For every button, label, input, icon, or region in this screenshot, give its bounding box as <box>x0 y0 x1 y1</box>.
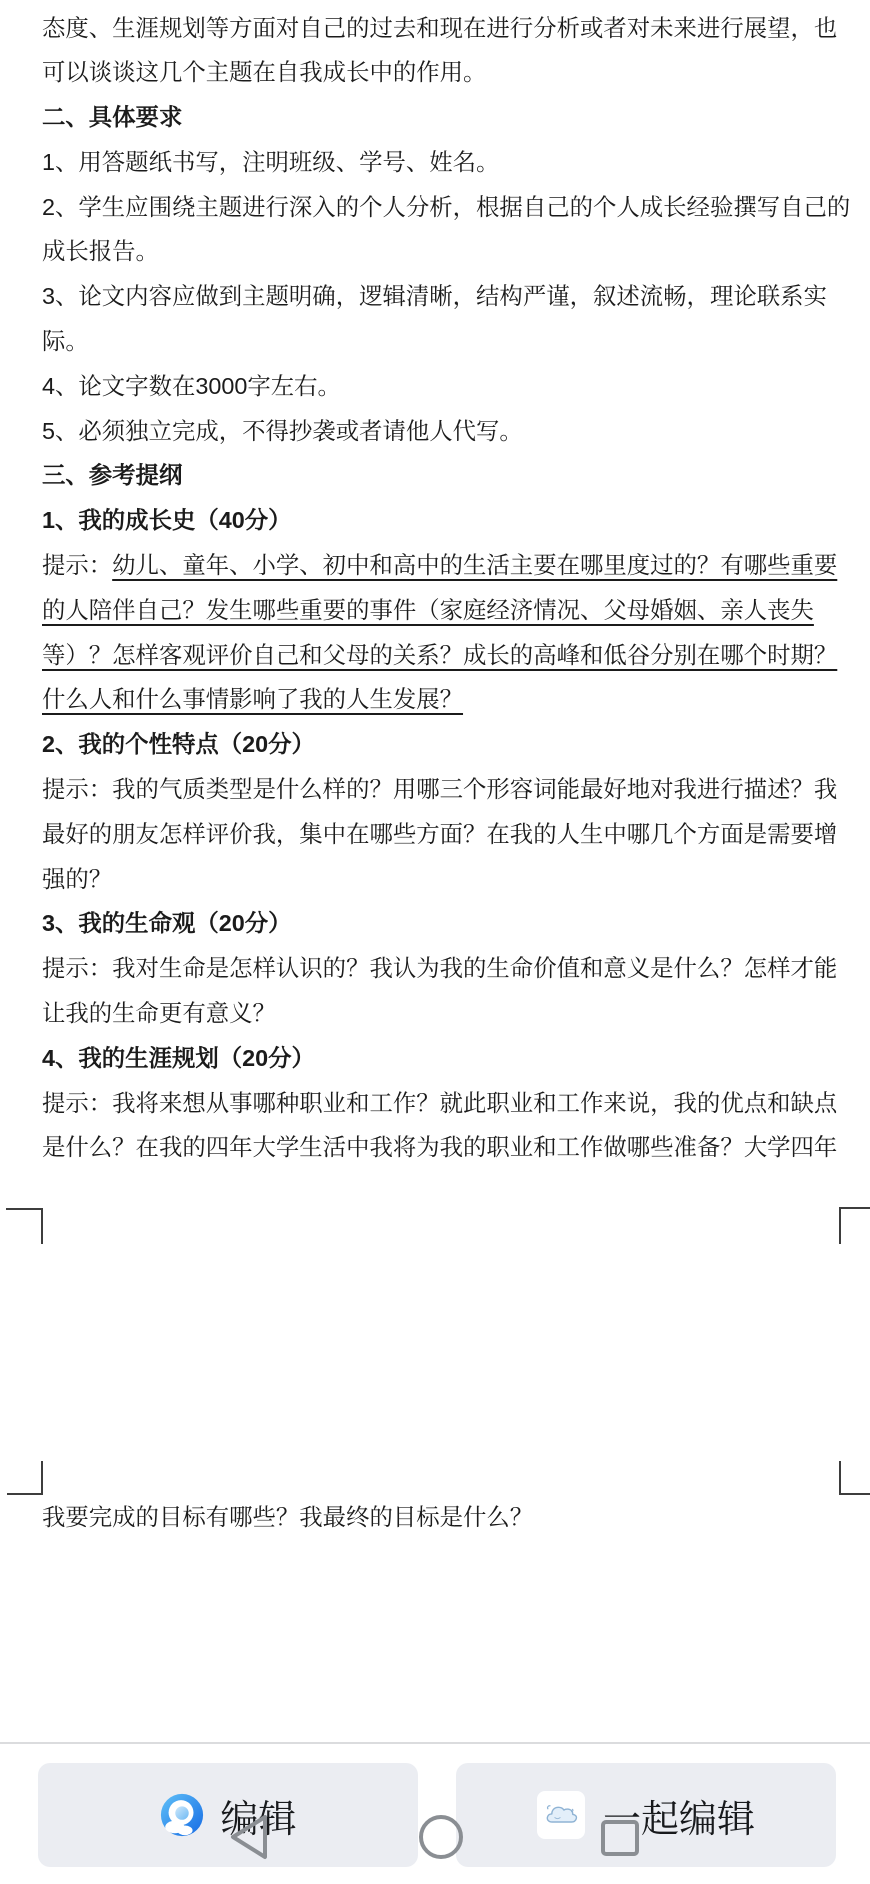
doc-line: 2、学生应围绕主题进行深入的个人分析，根据自己的个人成长经验撰写自己的 <box>42 185 842 230</box>
text-segment: 1、用答题纸书写，注明班级、学号、姓名。 <box>42 149 499 175</box>
doc-line: 1、我的成长史（40分） <box>42 498 842 543</box>
co-edit-button[interactable]: 一起编辑 <box>456 1763 836 1867</box>
text-segment: 1、我的成长史（40分） <box>42 507 292 533</box>
page1-bottom-left-corner-mark <box>6 1208 43 1244</box>
text-segment: 成长报告。 <box>42 238 159 264</box>
android-recents-icon[interactable] <box>601 1820 639 1856</box>
doc-line: 态度、生涯规划等方面对自己的过去和现在进行分析或者对未来进行展望，也 <box>42 6 842 51</box>
doc-line: 提示：我将来想从事哪种职业和工作？就此职业和工作来说，我的优点和缺点 <box>42 1081 842 1126</box>
doc-line: 提示：我的气质类型是什么样的？用哪三个形容词能最好地对我进行描述？我 <box>42 767 842 812</box>
text-segment: 4、论文字数在3000字左右。 <box>42 373 341 399</box>
doc-line: 可以谈谈这几个主题在自我成长中的作用。 <box>42 50 842 95</box>
text-segment: 最好的朋友怎样评价我，集中在哪些方面？在我的人生中哪几个方面是需要增 <box>42 821 837 847</box>
doc-line: 1、用答题纸书写，注明班级、学号、姓名。 <box>42 140 842 185</box>
underlined-text-segment: 等）？怎样客观评价自己和父母的关系？成长的高峰和低谷分别在哪个时期？ <box>42 642 837 668</box>
page2-top-left-corner-mark <box>7 1461 43 1495</box>
doc-line: 际。 <box>42 319 842 364</box>
toolbar-divider <box>0 1742 870 1744</box>
text-segment: 我要完成的目标有哪些？我最终的目标是什么？ <box>42 1504 533 1530</box>
doc-line: 等）？怎样客观评价自己和父母的关系？成长的高峰和低谷分别在哪个时期？ <box>42 633 842 678</box>
doc-line: 3、论文内容应做到主题明确，逻辑清晰，结构严谨，叙述流畅，理论联系实 <box>42 274 842 319</box>
doc-line: 最好的朋友怎样评价我，集中在哪些方面？在我的人生中哪几个方面是需要增 <box>42 812 842 857</box>
doc-line: 强的？ <box>42 857 842 902</box>
text-segment: 3、论文内容应做到主题明确，逻辑清晰，结构严谨，叙述流畅，理论联系实 <box>42 283 827 309</box>
text-segment: 际。 <box>42 328 89 354</box>
text-segment: 二、具体要求 <box>42 104 182 130</box>
text-segment: 让我的生命更有意义？ <box>42 1000 276 1026</box>
text-segment: 提示：我将来想从事哪种职业和工作？就此职业和工作来说，我的优点和缺点 <box>42 1090 837 1116</box>
text-segment: 2、我的个性特点（20分） <box>42 731 315 757</box>
doc-line: 什么人和什么事情影响了我的人生发展？ <box>42 677 842 722</box>
doc-line: 提示：幼儿、童年、小学、初中和高中的生活主要在哪里度过的？有哪些重要 <box>42 543 842 588</box>
document-viewer-screen: 态度、生涯规划等方面对自己的过去和现在进行分析或者对未来进行展望，也可以谈谈这几… <box>0 0 870 1884</box>
document-page-1: 态度、生涯规划等方面对自己的过去和现在进行分析或者对未来进行展望，也可以谈谈这几… <box>42 6 842 1171</box>
text-segment: 5、必须独立完成，不得抄袭或者请他人代写。 <box>42 418 523 444</box>
doc-line: 让我的生命更有意义？ <box>42 991 842 1036</box>
doc-line: 3、我的生命观（20分） <box>42 901 842 946</box>
text-segment: 可以谈谈这几个主题在自我成长中的作用。 <box>42 59 486 85</box>
underlined-text-segment: 幼儿、童年、小学、初中和高中的生活主要在哪里度过的？有哪些重要 <box>112 552 837 578</box>
doc-line: 2、我的个性特点（20分） <box>42 722 842 767</box>
page2-top-right-corner-mark <box>839 1461 870 1495</box>
doc-line: 二、具体要求 <box>42 95 842 140</box>
text-segment: 三、参考提纲 <box>42 462 182 488</box>
qq-browser-icon <box>159 1792 205 1838</box>
doc-line: 是什么？在我的四年大学生活中我将为我的职业和工作做哪些准备？大学四年 <box>42 1125 842 1170</box>
doc-line: 我要完成的目标有哪些？我最终的目标是什么？ <box>42 1495 842 1540</box>
doc-line: 成长报告。 <box>42 229 842 274</box>
text-segment: 强的？ <box>42 866 112 892</box>
cloud-document-icon <box>537 1791 585 1839</box>
text-segment: 2、学生应围绕主题进行深入的个人分析，根据自己的个人成长经验撰写自己的 <box>42 194 850 220</box>
text-segment: 3、我的生命观（20分） <box>42 910 292 936</box>
underlined-text-segment: 的人陪伴自己？发生哪些重要的事件（家庭经济情况、父母婚姻、亲人丧失 <box>42 597 814 623</box>
page1-bottom-right-corner-mark <box>839 1207 870 1244</box>
document-page-2: 我要完成的目标有哪些？我最终的目标是什么？ <box>42 1495 842 1540</box>
doc-line: 三、参考提纲 <box>42 453 842 498</box>
doc-line: 4、我的生涯规划（20分） <box>42 1036 842 1081</box>
text-segment: 提示：我对生命是怎样认识的？我认为我的生命价值和意义是什么？怎样才能 <box>42 955 837 981</box>
text-segment: 态度、生涯规划等方面对自己的过去和现在进行分析或者对未来进行展望，也 <box>42 15 837 41</box>
android-home-icon[interactable] <box>419 1815 463 1859</box>
android-back-icon[interactable] <box>222 1810 272 1862</box>
doc-line: 4、论文字数在3000字左右。 <box>42 364 842 409</box>
text-segment: 提示： <box>42 552 112 578</box>
doc-line: 提示：我对生命是怎样认识的？我认为我的生命价值和意义是什么？怎样才能 <box>42 946 842 991</box>
doc-line: 的人陪伴自己？发生哪些重要的事件（家庭经济情况、父母婚姻、亲人丧失 <box>42 588 842 633</box>
text-segment: 提示：我的气质类型是什么样的？用哪三个形容词能最好地对我进行描述？我 <box>42 776 837 802</box>
underlined-text-segment: 什么人和什么事情影响了我的人生发展？ <box>42 686 463 712</box>
text-segment: 4、我的生涯规划（20分） <box>42 1045 315 1071</box>
doc-line: 5、必须独立完成，不得抄袭或者请他人代写。 <box>42 409 842 454</box>
text-segment: 是什么？在我的四年大学生活中我将为我的职业和工作做哪些准备？大学四年 <box>42 1134 837 1160</box>
